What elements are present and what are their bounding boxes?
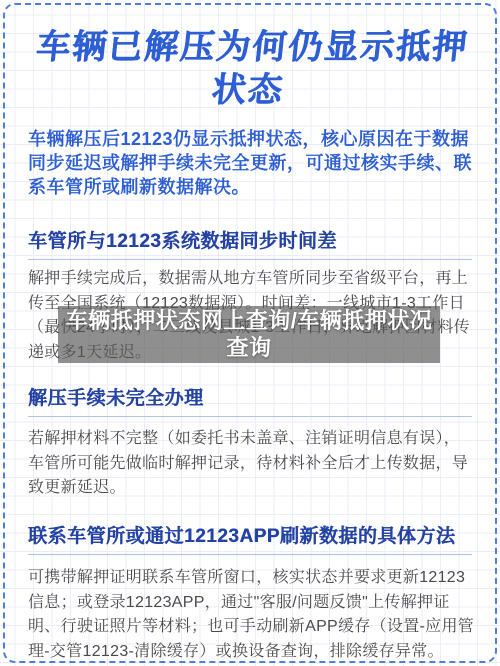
- section-heading-data-sync: 车管所与12123系统数据同步时间差: [28, 231, 472, 260]
- watermark-overlay: 车辆抵押状态网上查询/车辆抵押状况查询: [58, 306, 440, 363]
- section-body-refresh-methods: 可携带解押证明联系车管所窗口，核实状态并要求更新12123信息；或登录12123…: [28, 566, 476, 664]
- article-page: 车辆已解压为何仍显示抵押状态 车辆解压后12123仍显示抵押状态，核心原因在于数…: [0, 0, 500, 666]
- watermark-text: 车辆抵押状态网上查询/车辆抵押状况查询: [58, 308, 440, 361]
- intro-paragraph: 车辆解压后12123仍显示抵押状态，核心原因在于数据同步延迟或解押手续未完全更新…: [28, 128, 474, 199]
- section-heading-incomplete-procedure: 解压手续未完全办理: [28, 388, 472, 417]
- section-heading-refresh-methods: 联系车管所或通过12123APP刷新数据的具体方法: [28, 526, 472, 555]
- section-body-incomplete-procedure: 若解押材料不完整（如委托书未盖章、注销证明信息有误），车管所可能先做临时解押记录…: [28, 427, 476, 501]
- page-title: 车辆已解压为何仍显示抵押状态: [23, 26, 476, 112]
